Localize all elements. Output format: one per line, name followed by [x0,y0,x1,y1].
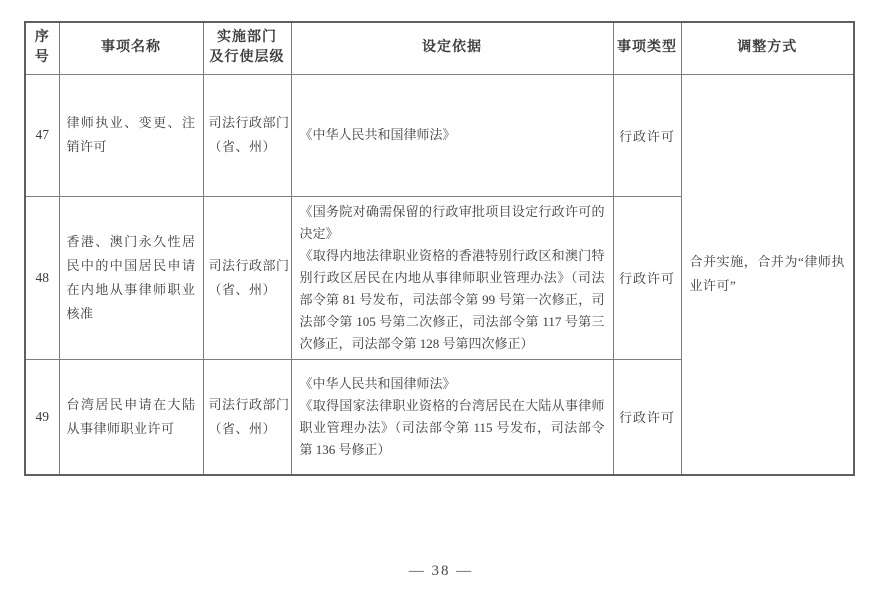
basis-line: 《中华人民共和国律师法》 [300,124,605,146]
col-header-implementing-dept: 实施部门 及行使层级 [203,22,291,74]
col-header-item-type: 事项类型 [613,22,681,74]
basis-line: 《国务院对确需保留的行政审批项目设定行政许可的决定》 [300,201,605,245]
table-header-row: 序 号 事项名称 实施部门 及行使层级 设定依据 事项类型 调整方式 [25,22,854,74]
basis-line: 《取得国家法律职业资格的台湾居民在大陆从事律师职业管理办法》（司法部令第 115… [300,395,605,461]
basis-line: 《中华人民共和国律师法》 [300,373,605,395]
document-page: 序 号 事项名称 实施部门 及行使层级 设定依据 事项类型 调整方式 47 律师… [0,0,882,600]
col-header-item-name: 事项名称 [59,22,203,74]
cell-adjustment-merged: 合并实施，合并为“律师执业许可” [681,74,854,475]
table-row-47: 47 律师执业、变更、注销许可 司法行政部门 （省、州） 《中华人民共和国律师法… [25,74,854,196]
page-number: — 38 — [0,563,882,580]
approval-items-table: 序 号 事项名称 实施部门 及行使层级 设定依据 事项类型 调整方式 47 律师… [24,21,855,476]
cell-dept-47: 司法行政部门 （省、州） [203,74,291,196]
cell-dept-49: 司法行政部门 （省、州） [203,359,291,475]
cell-name-49: 台湾居民申请在大陆从事律师职业许可 [59,359,203,475]
col-header-adjustment-method: 调整方式 [681,22,854,74]
cell-type-47: 行政许可 [613,74,681,196]
cell-name-48: 香港、澳门永久性居民中的中国居民申请在内地从事律师职业核准 [59,196,203,359]
cell-basis-47: 《中华人民共和国律师法》 [291,74,613,196]
cell-basis-48: 《国务院对确需保留的行政审批项目设定行政许可的决定》 《取得内地法律职业资格的香… [291,196,613,359]
col-header-serial-number: 序 号 [25,22,59,74]
cell-type-49: 行政许可 [613,359,681,475]
cell-serial-48: 48 [25,196,59,359]
cell-name-47: 律师执业、变更、注销许可 [59,74,203,196]
cell-type-48: 行政许可 [613,196,681,359]
cell-dept-48: 司法行政部门 （省、州） [203,196,291,359]
cell-serial-47: 47 [25,74,59,196]
cell-serial-49: 49 [25,359,59,475]
col-header-setting-basis: 设定依据 [291,22,613,74]
cell-basis-49: 《中华人民共和国律师法》 《取得国家法律职业资格的台湾居民在大陆从事律师职业管理… [291,359,613,475]
basis-line: 《取得内地法律职业资格的香港特别行政区和澳门特别行政区居民在内地从事律师职业管理… [300,245,605,355]
